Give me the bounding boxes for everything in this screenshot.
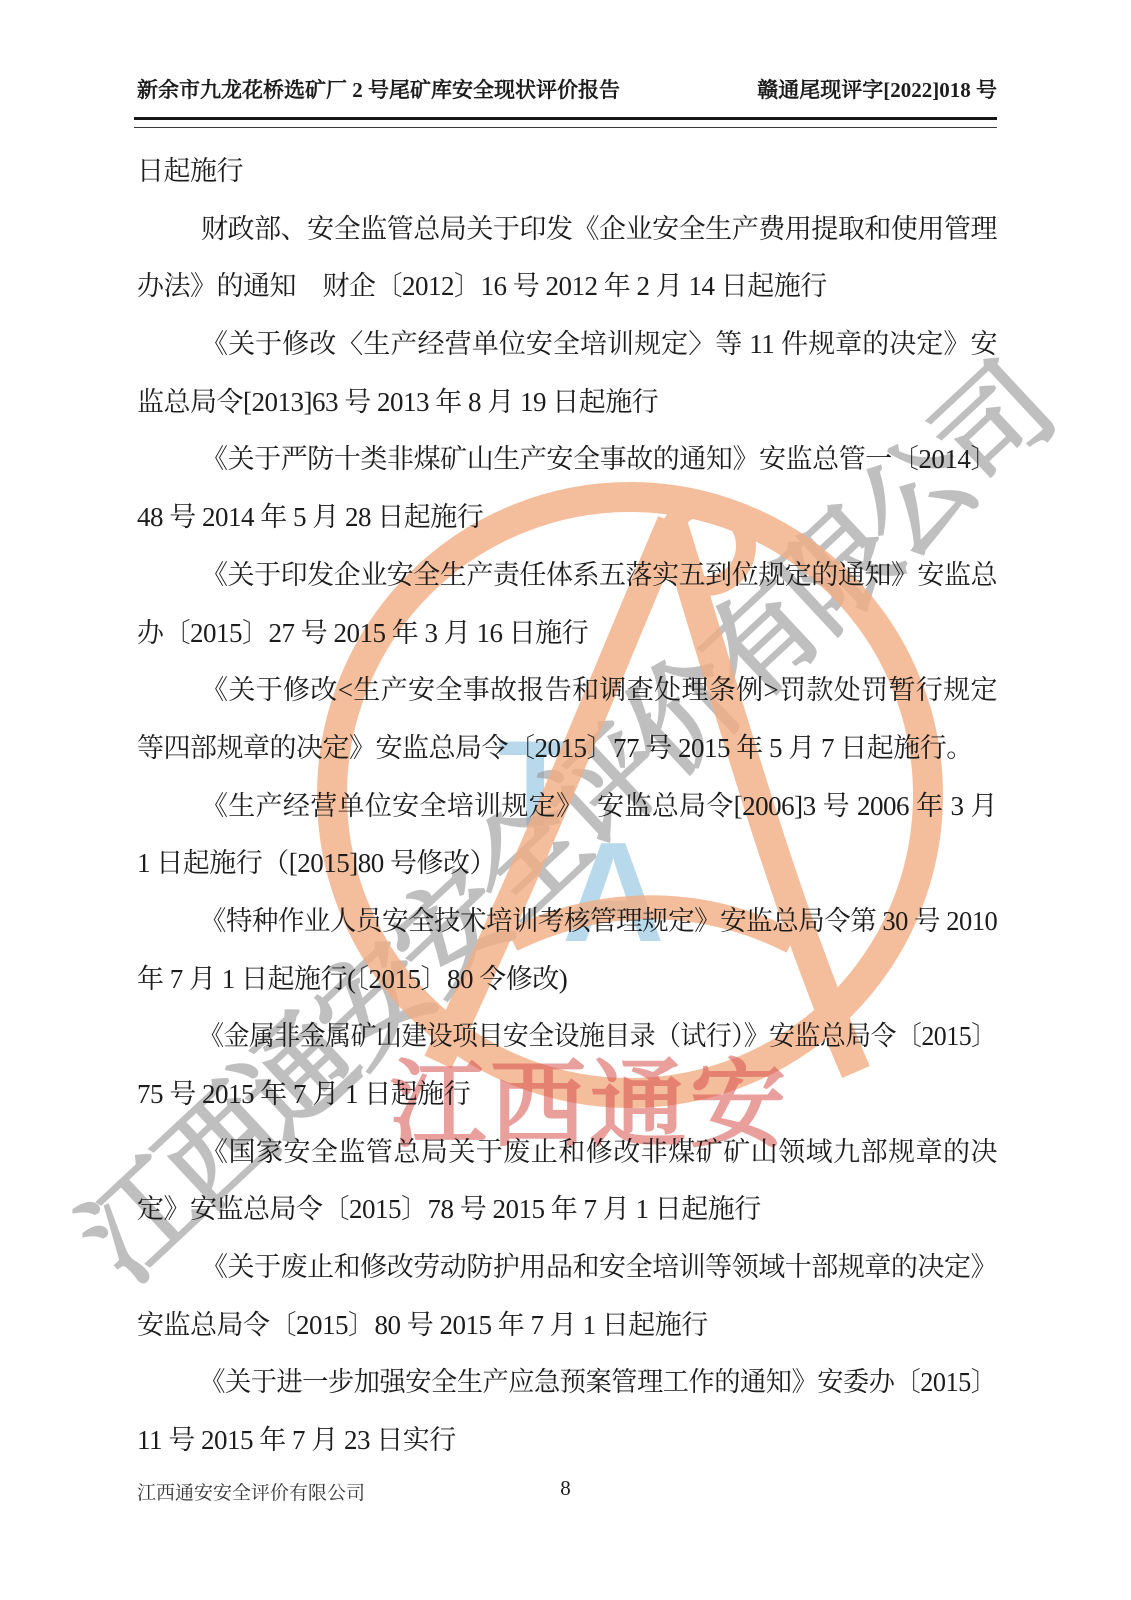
header-rule-thin — [134, 127, 997, 128]
body-line: 《关于废止和修改劳动防护用品和安全培训等领域十部规章的决定》 — [137, 1239, 997, 1297]
document-page: T A 江西通安安全评价有限公司 江西通安 新余市九龙花桥选矿厂 2 号尾矿库安… — [0, 0, 1131, 1600]
body-line: 《国家安全监管总局关于废止和修改非煤矿矿山领域九部规章的决 — [137, 1124, 997, 1182]
body-line: 办〔2015〕27 号 2015 年 3 月 16 日施行 — [137, 605, 997, 663]
document-body: 日起施行 财政部、安全监管总局关于印发《企业安全生产费用提取和使用管理 办法》的… — [137, 143, 997, 1470]
header-doc-number: 赣通尾现评字[2022]018 号 — [757, 74, 997, 104]
body-line: 日起施行 — [137, 143, 997, 201]
body-line: 75 号 2015 年 7 月 1 日起施行 — [137, 1066, 997, 1124]
body-line: 年 7 月 1 日起施行(〔2015〕80 令修改) — [137, 951, 997, 1009]
body-line: 11 号 2015 年 7 月 23 日实行 — [137, 1412, 997, 1470]
body-line: 《关于严防十类非煤矿山生产安全事故的通知》安监总管一〔2014〕 — [137, 431, 997, 489]
body-line: 等四部规章的决定》安监总局令〔2015〕77 号 2015 年 5 月 7 日起… — [137, 720, 997, 778]
body-line: 《关于修改<生产安全事故报告和调查处理条例>罚款处罚暂行规定 — [137, 662, 997, 720]
body-line: 监总局令[2013]63 号 2013 年 8 月 19 日起施行 — [137, 374, 997, 432]
footer-page-number: 8 — [0, 1476, 1131, 1501]
body-line: 《生产经营单位安全培训规定》 安监总局令[2006]3 号 2006 年 3 月 — [137, 778, 997, 836]
body-line: 《金属非金属矿山建设项目安全设施目录（试行）》安监总局令〔2015〕 — [137, 1008, 961, 1066]
page-header: 新余市九龙花桥选矿厂 2 号尾矿库安全现状评价报告 赣通尾现评字[2022]01… — [137, 74, 997, 104]
body-line: 定》安监总局令〔2015〕78 号 2015 年 7 月 1 日起施行 — [137, 1181, 997, 1239]
body-line: 办法》的通知 财企〔2012〕16 号 2012 年 2 月 14 日起施行 — [137, 258, 997, 316]
header-rule-thick — [134, 117, 997, 120]
body-line: 安监总局令〔2015〕80 号 2015 年 7 月 1 日起施行 — [137, 1297, 997, 1355]
body-line: 《特种作业人员安全技术培训考核管理规定》安监总局令第 30 号 2010 — [137, 893, 981, 951]
body-line: 《关于修改〈生产经营单位安全培训规定〉等 11 件规章的决定》安 — [137, 316, 997, 374]
body-line: 《关于进一步加强安全生产应急预案管理工作的通知》安委办〔2015〕 — [137, 1354, 973, 1412]
body-line: 1 日起施行（[2015]80 号修改） — [137, 835, 997, 893]
header-report-title: 新余市九龙花桥选矿厂 2 号尾矿库安全现状评价报告 — [137, 74, 620, 104]
body-line: 《关于印发企业安全生产责任体系五落实五到位规定的通知》安监总 — [137, 547, 997, 605]
body-line: 48 号 2014 年 5 月 28 日起施行 — [137, 489, 997, 547]
body-line: 财政部、安全监管总局关于印发《企业安全生产费用提取和使用管理 — [137, 201, 997, 259]
